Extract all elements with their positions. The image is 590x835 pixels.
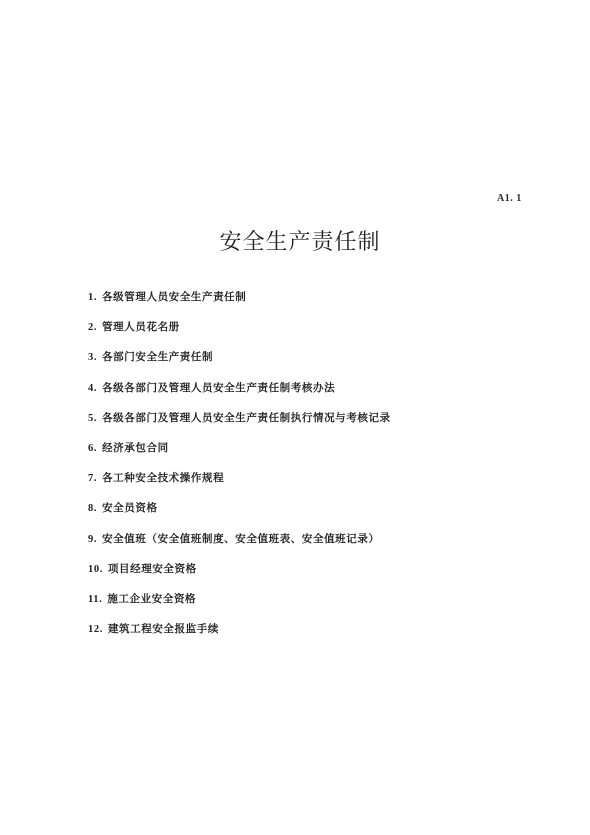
list-item-label: 各部门安全生产责任制 — [102, 352, 213, 363]
list-item-label: 建筑工程安全报监手续 — [108, 624, 219, 635]
list-item-number: 3. — [88, 343, 97, 373]
list-item: 5.各级各部门及管理人员安全生产责任制执行情况与考核记录 — [88, 404, 570, 434]
list-item-label: 各工种安全技术操作规程 — [102, 473, 224, 484]
page-title: 安全生产责任制 — [0, 225, 590, 256]
list-item: 6.经济承包合同 — [88, 434, 570, 464]
list-item-number: 2. — [88, 313, 97, 343]
list-item-label: 施工企业安全资格 — [107, 594, 196, 605]
list-item: 1.各级管理人员安全生产责任制 — [88, 283, 570, 313]
list-item-number: 7. — [88, 464, 97, 494]
list-item-number: 12. — [88, 615, 103, 645]
section-code: A1. 1 — [497, 193, 522, 204]
document-page: A1. 1 安全生产责任制 1.各级管理人员安全生产责任制 2.管理人员花名册 … — [0, 0, 590, 835]
list-item-number: 11. — [88, 585, 102, 615]
list-item-number: 10. — [88, 555, 103, 585]
list-item-number: 9. — [88, 525, 97, 555]
list-item: 9.安全值班（安全值班制度、安全值班表、安全值班记录） — [88, 525, 570, 555]
list-item-label: 安全员资格 — [102, 503, 158, 514]
document-item-list: 1.各级管理人员安全生产责任制 2.管理人员花名册 3.各部门安全生产责任制 4… — [88, 283, 570, 645]
list-item: 8.安全员资格 — [88, 494, 570, 524]
list-item-number: 8. — [88, 494, 97, 524]
list-item-label: 经济承包合同 — [102, 443, 169, 454]
list-item-number: 4. — [88, 374, 97, 404]
list-item: 10.项目经理安全资格 — [88, 555, 570, 585]
list-item-number: 6. — [88, 434, 97, 464]
list-item-number: 5. — [88, 404, 97, 434]
list-item-label: 安全值班（安全值班制度、安全值班表、安全值班记录） — [102, 534, 380, 545]
list-item: 11.施工企业安全资格 — [88, 585, 570, 615]
list-item-label: 各级各部门及管理人员安全生产责任制执行情况与考核记录 — [102, 413, 391, 424]
list-item-label: 各级管理人员安全生产责任制 — [102, 292, 246, 303]
list-item: 7.各工种安全技术操作规程 — [88, 464, 570, 494]
list-item-number: 1. — [88, 283, 97, 313]
list-item: 3.各部门安全生产责任制 — [88, 343, 570, 373]
list-item: 4.各级各部门及管理人员安全生产责任制考核办法 — [88, 374, 570, 404]
list-item-label: 项目经理安全资格 — [108, 564, 197, 575]
list-item-label: 管理人员花名册 — [102, 322, 180, 333]
list-item: 2.管理人员花名册 — [88, 313, 570, 343]
list-item-label: 各级各部门及管理人员安全生产责任制考核办法 — [102, 383, 335, 394]
list-item: 12.建筑工程安全报监手续 — [88, 615, 570, 645]
